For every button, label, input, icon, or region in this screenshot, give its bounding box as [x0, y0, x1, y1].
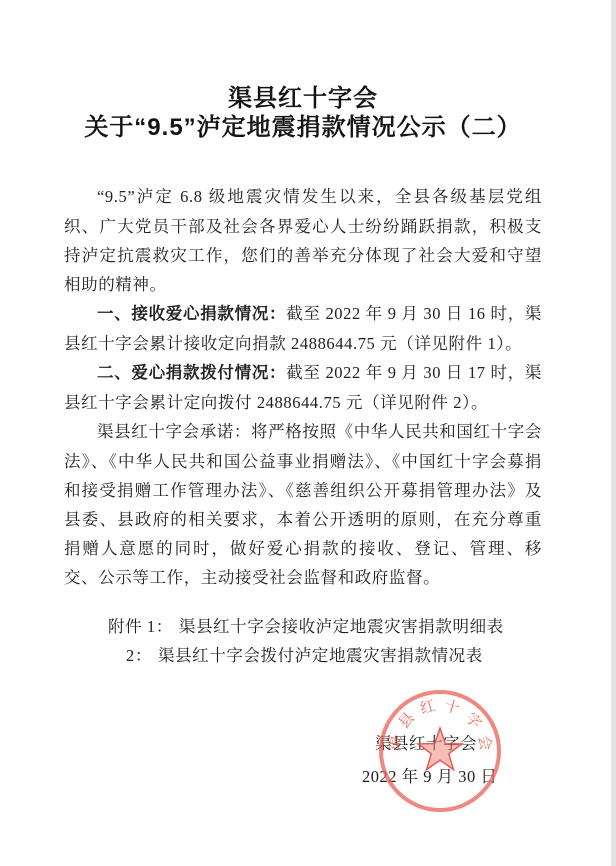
page-edge-strip	[611, 0, 616, 866]
seal-ring-text: 红	[418, 697, 437, 717]
signature-date: 2022 年 9 月 30 日	[362, 767, 497, 787]
document-page: 渠县红十字会 关于“9.5”泸定地震捐款情况公示（二） “9.5”泸定 6.8 …	[0, 0, 616, 866]
seal-ring-text: 十	[443, 697, 462, 717]
attachment-text: 渠县红十字会拨付泸定地震灾害捐款情况表	[158, 646, 483, 665]
signature-org: 渠县红十字会	[375, 734, 477, 754]
document-content: 渠县红十字会 关于“9.5”泸定地震捐款情况公示（二） “9.5”泸定 6.8 …	[64, 0, 542, 670]
attachment-line-1: 附件 1：渠县红十字会接收泸定地震灾害捐款明细表	[64, 612, 542, 641]
seal-ring-text: 县	[395, 709, 418, 732]
attachment-line-2: 2：渠县红十字会拨付泸定地震灾害捐款情况表	[64, 641, 542, 670]
document-title: 渠县红十字会 关于“9.5”泸定地震捐款情况公示（二）	[64, 84, 542, 142]
paragraph-commitment: 渠县红十字会承诺：将严格按照《中华人民共和国红十字会法》、《中华人民共和国公益事…	[64, 417, 542, 592]
title-line-1: 渠县红十字会	[64, 84, 542, 113]
paragraph-received-donations: 一、接收爱心捐款情况：截至 2022 年 9 月 30 日 16 时，渠县红十字…	[64, 299, 542, 358]
title-line-2: 关于“9.5”泸定地震捐款情况公示（二）	[64, 113, 542, 142]
paragraph-text: “9.5”泸定 6.8 级地震灾情发生以来，全县各级基层党组织、广大党员干部及社…	[64, 187, 542, 294]
paragraph-intro: “9.5”泸定 6.8 级地震灾情发生以来，全县各级基层党组织、广大党员干部及社…	[64, 182, 542, 299]
attachments-list: 附件 1：渠县红十字会接收泸定地震灾害捐款明细表 2：渠县红十字会拨付泸定地震灾…	[64, 612, 542, 670]
attachment-text: 渠县红十字会接收泸定地震灾害捐款明细表	[179, 617, 504, 636]
attachment-label: 附件 1：	[108, 617, 173, 636]
paragraph-lead: 一、接收爱心捐款情况：	[97, 305, 286, 323]
attachment-label: 2：	[126, 646, 152, 665]
seal-ring-text: 字	[462, 709, 485, 732]
seal-ring-text: 会	[475, 734, 494, 752]
paragraph-text: 渠县红十字会承诺：将严格按照《中华人民共和国红十字会法》、《中华人民共和国公益事…	[64, 422, 542, 587]
paragraph-disbursed-donations: 二、爱心捐款拨付情况：截至 2022 年 9 月 30 日 17 时，渠县红十字…	[64, 358, 542, 417]
paragraph-lead: 二、爱心捐款拨付情况：	[97, 364, 286, 382]
document-body: “9.5”泸定 6.8 级地震灾情发生以来，全县各级基层党组织、广大党员干部及社…	[64, 182, 542, 592]
